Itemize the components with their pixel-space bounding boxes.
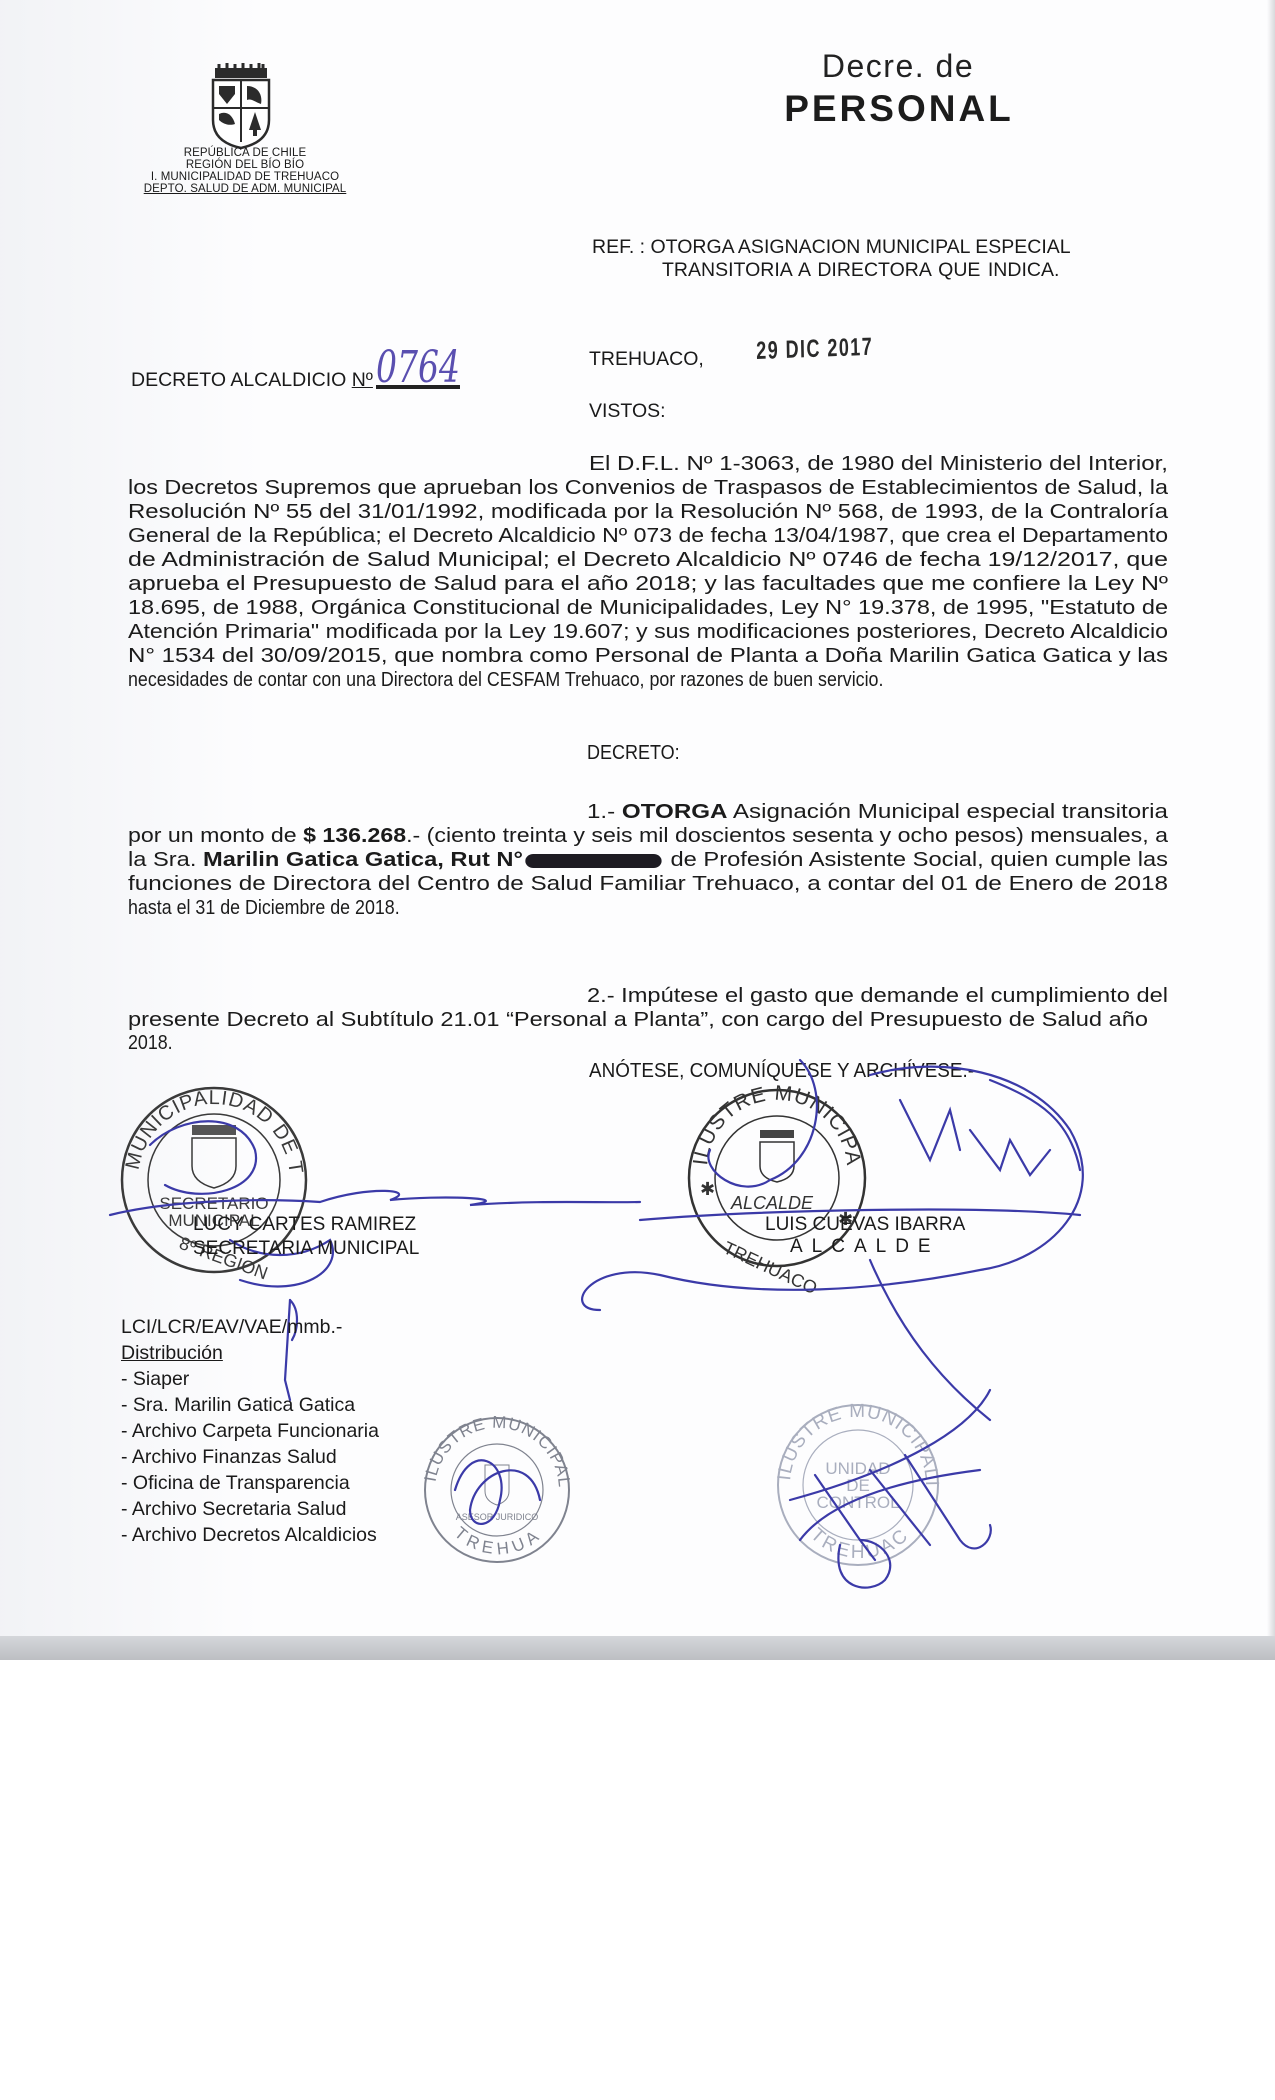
- svg-text:DE: DE: [846, 1476, 870, 1495]
- vistos-line: los Decretos Supremos que aprueban los C…: [128, 476, 1168, 500]
- article-text: la Sra.: [128, 848, 203, 871]
- distribution-item: - Siaper: [121, 1366, 379, 1392]
- vistos-heading: VISTOS:: [589, 400, 666, 423]
- distribution-block: LCI/LCR/EAV/VAE/mmb.- Distribución - Sia…: [121, 1314, 379, 1548]
- decree-number-label: DECRETO ALCALDICIO Nº: [131, 369, 373, 392]
- distribution-list: - Siaper - Sra. Marilin Gatica Gatica - …: [121, 1366, 379, 1548]
- date-stamp: 29 DIC 2017: [756, 333, 873, 366]
- vistos-line: 18.695, de 1988, Orgánica Constitucional…: [128, 596, 1168, 620]
- vistos-line: N° 1534 del 30/09/2015, que nombra como …: [128, 644, 1168, 668]
- org-line-country: REPÚBLICA DE CHILE: [130, 147, 360, 159]
- drafting-initials: LCI/LCR/EAV/VAE/mmb.-: [121, 1314, 379, 1340]
- distribution-item: - Archivo Carpeta Funcionaria: [121, 1418, 379, 1444]
- org-line-region: REGIÓN DEL BÍO BÍO: [130, 159, 360, 171]
- article-2-line-1: 2.- Impútese el gasto que demande el cum…: [587, 984, 1168, 1008]
- mayor-role: ALCALDE: [765, 1236, 965, 1258]
- article-verb: OTORGA: [622, 800, 728, 823]
- municipal-crest-icon: [205, 62, 277, 150]
- distribution-item: - Archivo Finanzas Salud: [121, 1444, 379, 1470]
- svg-text:ILUSTRE MUNICIPALIDAD: ILUSTRE MUNICIPALIDAD: [0, 0, 574, 1489]
- article-text: Asignación Municipal especial transitori…: [728, 800, 1168, 823]
- decree-number-handwritten: 0764: [376, 342, 460, 393]
- distribution-title: Distribución: [121, 1340, 379, 1366]
- svg-text:UNIDAD: UNIDAD: [825, 1459, 890, 1478]
- allowance-amount: $ 136.268: [303, 824, 406, 847]
- org-line-department: DEPTO. SALUD DE ADM. MUNICIPAL: [130, 183, 360, 195]
- reference-line2: TRANSITORIA A DIRECTORA QUE INDICA.: [662, 259, 1059, 282]
- secretary-signature-block: LUCY CARTES RAMIREZ SECRETARIA MUNICIPAL: [193, 1213, 419, 1261]
- vistos-line: necesidades de contar con una Directora …: [128, 668, 883, 692]
- vistos-line: de Administración de Salud Municipal; el…: [128, 548, 1168, 572]
- document-type-line1: Decre. de: [798, 48, 998, 85]
- vistos-line: Atención Primaria" modificada por la Ley…: [128, 620, 1168, 644]
- svg-text:ILUSTRE MUNICIPALIDAD: ILUSTRE MUNICIPALIDAD: [0, 0, 942, 1487]
- article-text: de Profesión Asistente Social, quien cum…: [664, 848, 1168, 871]
- distribution-item: - Archivo Decretos Alcaldicios: [121, 1522, 379, 1548]
- article-text: .- (ciento treinta y seis mil doscientos…: [406, 824, 1168, 847]
- decreto-heading: DECRETO:: [587, 742, 680, 765]
- place-of-issue: TREHUACO,: [589, 348, 704, 371]
- vistos-line: aprueba el Presupuesto de Salud para el …: [128, 572, 1168, 596]
- secretary-role: SECRETARIA MUNICIPAL: [193, 1237, 419, 1261]
- svg-text:ASESOR JURIDICO: ASESOR JURIDICO: [456, 1512, 539, 1522]
- document-type-line2: PERSONAL: [754, 88, 1044, 130]
- article-1-line-1: 1.- OTORGA Asignación Municipal especial…: [587, 800, 1168, 824]
- article-1-line-5: hasta el 31 de Diciembre de 2018.: [128, 896, 400, 920]
- scanned-document-page: REPÚBLICA DE CHILE REGIÓN DEL BÍO BÍO I.…: [0, 0, 1275, 1660]
- distribution-item: - Archivo Secretaria Salud: [121, 1496, 379, 1522]
- beneficiary-name: Marilin Gatica Gatica, Rut N°: [203, 848, 523, 871]
- article-number: 1.-: [587, 800, 622, 823]
- scan-edge-bottom: [0, 1636, 1275, 1660]
- org-line-municipality: I. MUNICIPALIDAD DE TREHUACO: [130, 171, 360, 183]
- vistos-line: El D.F.L. Nº 1-3063, de 1980 del Ministe…: [589, 452, 1168, 476]
- svg-text:SECRETARIO: SECRETARIO: [159, 1194, 268, 1213]
- vistos-line: General de la República; el Decreto Alca…: [128, 524, 1168, 548]
- article-1-line-2: por un monto de $ 136.268.- (ciento trei…: [128, 824, 1168, 848]
- article-2-line-2: presente Decreto al Subtítulo 21.01 “Per…: [128, 1008, 1148, 1032]
- closing-formula: ANÓTESE, COMUNÍQUESE Y ARCHÍVESE.-: [589, 1059, 974, 1083]
- reference-line1: REF. : OTORGA ASIGNACION MUNICIPAL ESPEC…: [592, 236, 1071, 259]
- secretary-name: LUCY CARTES RAMIREZ: [193, 1213, 419, 1237]
- mayor-name: LUIS CUEVAS IBARRA: [765, 1214, 965, 1236]
- issuing-organization: REPÚBLICA DE CHILE REGIÓN DEL BÍO BÍO I.…: [130, 147, 360, 195]
- decree-label-text: DECRETO ALCALDICIO: [131, 369, 352, 391]
- svg-text:ALCALDE: ALCALDE: [730, 1193, 814, 1213]
- redacted-rut: [525, 854, 661, 868]
- scan-edge-right: [1267, 0, 1275, 1660]
- svg-text:✱: ✱: [700, 1179, 715, 1200]
- article-1-line-4: funciones de Directora del Centro de Sal…: [128, 872, 1168, 896]
- svg-text:CONTROL: CONTROL: [816, 1493, 899, 1512]
- distribution-item: - Oficina de Transparencia: [121, 1470, 379, 1496]
- number-sign: Nº: [352, 369, 373, 391]
- mayor-signature-block: LUIS CUEVAS IBARRA ALCALDE: [765, 1214, 965, 1258]
- article-1-line-3: la Sra. Marilin Gatica Gatica, Rut N° de…: [128, 848, 1168, 872]
- article-text: por un monto de: [128, 824, 303, 847]
- distribution-item: - Sra. Marilin Gatica Gatica: [121, 1392, 379, 1418]
- vistos-line: Resolución Nº 55 del 31/01/1992, modific…: [128, 500, 1168, 524]
- article-2-line-3: 2018.: [128, 1031, 173, 1055]
